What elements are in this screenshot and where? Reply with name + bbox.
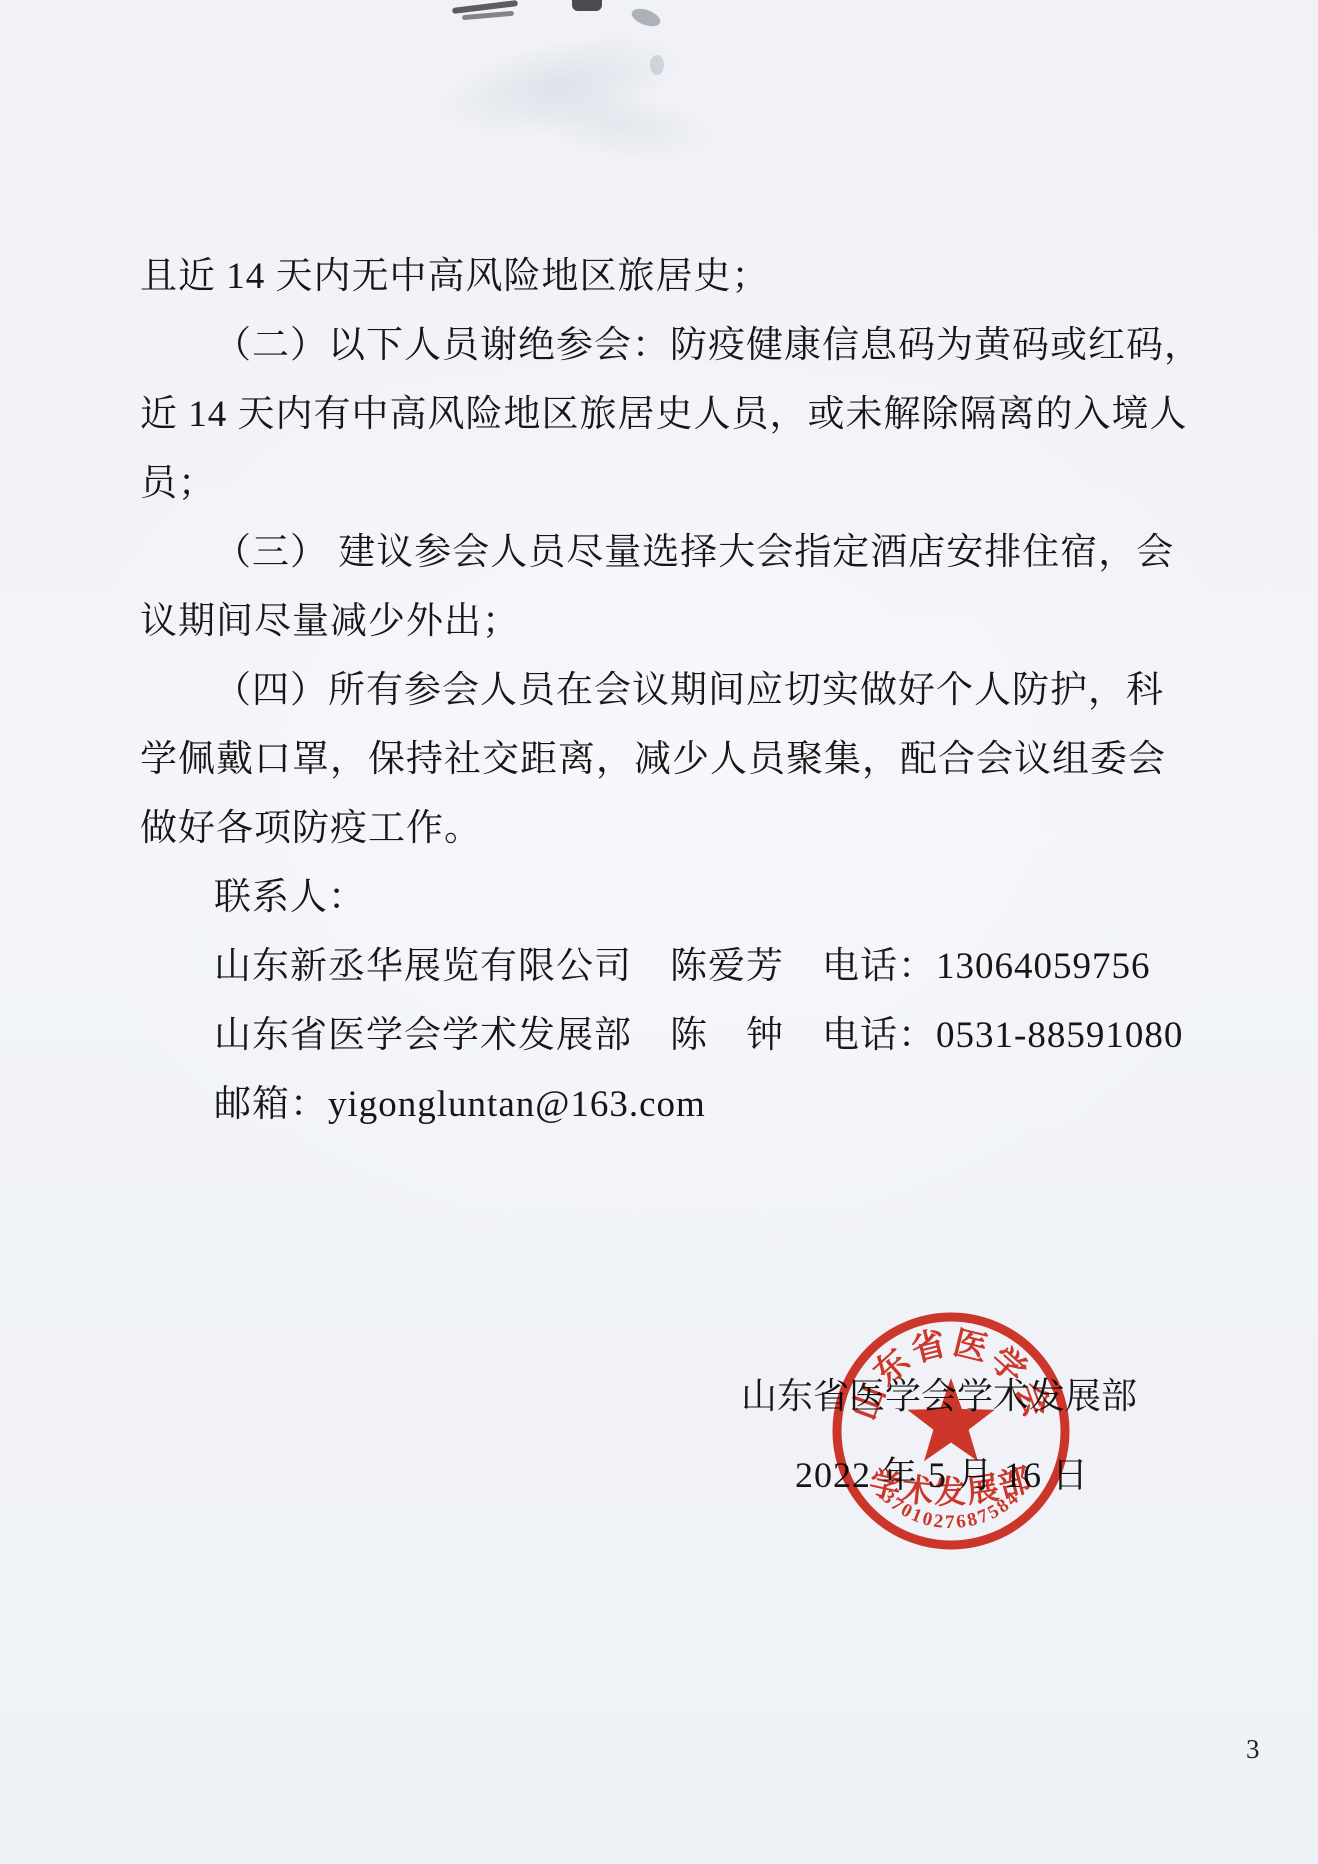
body-text: 且近 14 天内无中高风险地区旅居史； （二）以下人员谢绝参会：防疫健康信息码为… xyxy=(140,242,1175,1139)
body-line: 做好各项防疫工作。 xyxy=(140,794,1175,863)
body-line: （四）所有参会人员在会议期间应切实做好个人防护，科 xyxy=(140,656,1175,725)
scan-smudge xyxy=(516,76,724,173)
body-line: 联系人： xyxy=(140,863,1175,932)
seal-star xyxy=(907,1378,994,1461)
scan-artifact xyxy=(650,55,664,75)
body-line: 议期间尽量减少外出； xyxy=(140,587,1175,656)
body-line: （三） 建议参会人员尽量选择大会指定酒店安排住宿，会 xyxy=(140,518,1175,587)
body-line: 且近 14 天内无中高风险地区旅居史； xyxy=(140,242,1175,311)
body-line: 员； xyxy=(140,449,1175,518)
scan-artifact xyxy=(452,0,518,14)
scan-artifact xyxy=(462,11,514,21)
contact-line: 山东省医学会学术发展部 陈 钟 电话：0531-88591080 xyxy=(140,1001,1175,1070)
scan-smudge xyxy=(423,14,696,156)
contact-email-line: 邮箱：yigongluntan@163.com xyxy=(140,1070,1175,1139)
scan-artifact xyxy=(629,5,662,29)
page-number: 3 xyxy=(1246,1734,1260,1765)
scan-artifact xyxy=(572,0,602,11)
body-line: 近 14 天内有中高风险地区旅居史人员，或未解除隔离的入境人 xyxy=(140,380,1175,449)
document-page: 且近 14 天内无中高风险地区旅居史； （二）以下人员谢绝参会：防疫健康信息码为… xyxy=(0,0,1318,1864)
body-line: （二）以下人员谢绝参会：防疫健康信息码为黄码或红码， xyxy=(140,311,1175,380)
official-seal: 山东省医学会 学术发展部 3701027687584 xyxy=(826,1306,1076,1556)
contact-line: 山东新丞华展览有限公司 陈爱芳 电话：13064059756 xyxy=(140,932,1175,1001)
body-line: 学佩戴口罩，保持社交距离，减少人员聚集，配合会议组委会 xyxy=(140,725,1175,794)
